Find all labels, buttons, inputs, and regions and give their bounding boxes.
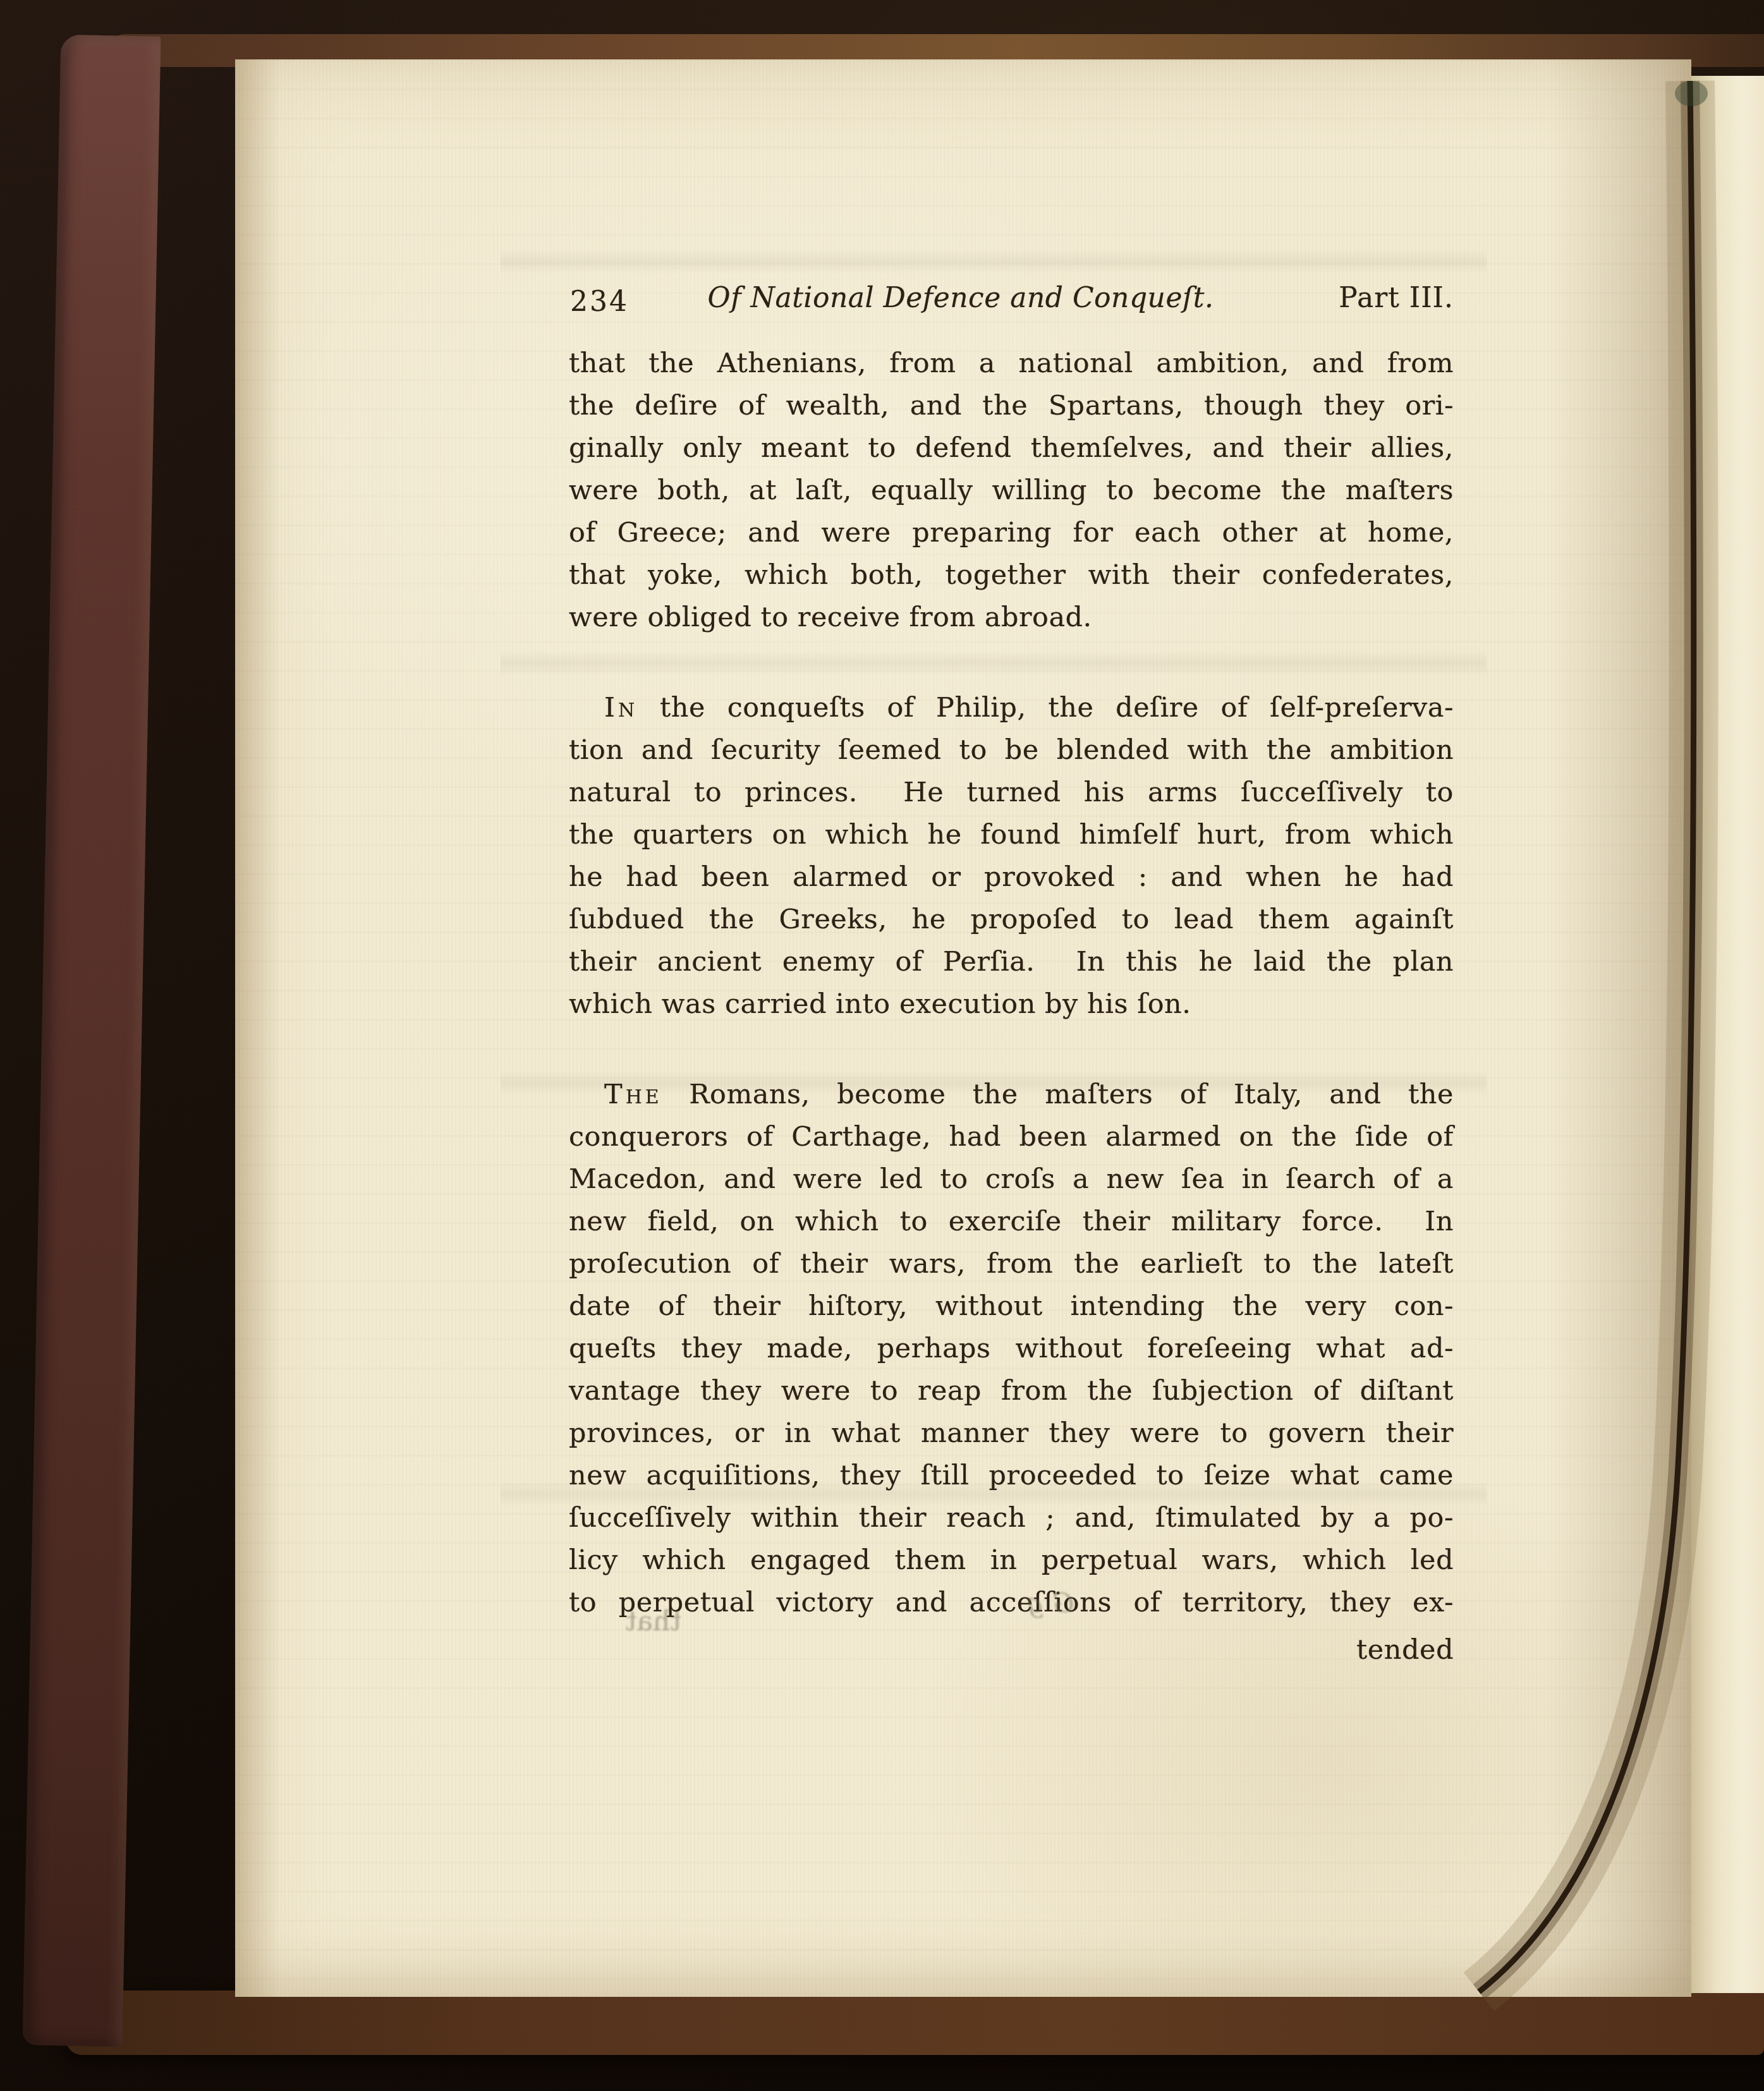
text-body: that the Athenians, from a national ambi…: [569, 342, 1454, 1671]
facing-page-sliver: [1691, 76, 1764, 1993]
text-line: vantage they were to reap from the ſubje…: [569, 1370, 1454, 1412]
text-line: natural to princes. He turned his arms ſ…: [569, 772, 1454, 814]
text-line: tion and ſecurity ſeemed to be blended w…: [569, 729, 1454, 772]
paragraph-lead-word: The: [604, 1079, 662, 1110]
text-line: to perpetual victory and acceſſions of t…: [569, 1582, 1454, 1624]
text-line: The Romans, become the maſters of Italy,…: [569, 1074, 1454, 1116]
show-through-signature-mark: G g: [1026, 1587, 1074, 1619]
text-line: which was carried into execution by his …: [569, 983, 1454, 1026]
text-line: the quarters on which he found himſelf h…: [569, 814, 1454, 856]
page-gutter-shading: [1546, 59, 1691, 1997]
text-line: queſts they made, perhaps without foreſe…: [569, 1328, 1454, 1370]
text-line: licy which engaged them in perpetual war…: [569, 1539, 1454, 1582]
text-line: ſubdued the Greeks, he propoſed to lead …: [569, 899, 1454, 941]
text-line: date of their hiſtory, without intending…: [569, 1285, 1454, 1328]
text-line: of Greece; and were preparing for each o…: [569, 512, 1454, 554]
running-title: Of National Defence and Conqueſt.: [518, 282, 1403, 314]
leather-cover-bottom-edge: [66, 1991, 1764, 2055]
paragraph: In the conqueſts of Philip, the deſire o…: [569, 687, 1454, 1026]
text-line: provinces, or in what manner they were t…: [569, 1412, 1454, 1455]
book-page: 234 Of National Defence and Conqueſt. Pa…: [235, 59, 1691, 1997]
show-through-word: that: [626, 1606, 681, 1637]
catchword: tended: [569, 1629, 1454, 1671]
book-photo: 234 Of National Defence and Conqueſt. Pa…: [0, 0, 1764, 2091]
text-line: were both, at laſt, equally willing to b…: [569, 470, 1454, 512]
text-line: the deſire of wealth, and the Spartans, …: [569, 385, 1454, 427]
paragraph: The Romans, become the maſters of Italy,…: [569, 1074, 1454, 1624]
page-header: 234 Of National Defence and Conqueſt. Pa…: [569, 282, 1454, 320]
text-line: Macedon, and were led to croſs a new ſea…: [569, 1158, 1454, 1201]
text-line: that yoke, which both, together with the…: [569, 554, 1454, 597]
text-line: their ancient enemy of Perſia. In this h…: [569, 941, 1454, 983]
text-line: proſecution of their wars, from the earl…: [569, 1243, 1454, 1285]
text-line: were obliged to receive from abroad.: [569, 597, 1454, 639]
text-line: conquerors of Carthage, had been alarmed…: [569, 1116, 1454, 1158]
text-line: that the Athenians, from a national ambi…: [569, 342, 1454, 385]
book-cover-left: [22, 35, 161, 2047]
text-line: In the conqueſts of Philip, the deſire o…: [569, 687, 1454, 729]
paragraph: that the Athenians, from a national ambi…: [569, 342, 1454, 639]
text-line: ginally only meant to defend themſelves,…: [569, 427, 1454, 470]
text-line: he had been alarmed or provoked : and wh…: [569, 856, 1454, 899]
text-line: new field, on which to exerciſe their mi…: [569, 1201, 1454, 1243]
text-line: ſucceſſively within their reach ; and, ſ…: [569, 1497, 1454, 1539]
part-label: Part III.: [1339, 282, 1454, 314]
page-left-shading: [235, 59, 279, 1997]
paragraph-lead-word: In: [604, 692, 638, 724]
show-through-band: [501, 249, 1487, 274]
text-line: new acquiſitions, they ſtill proceeded t…: [569, 1455, 1454, 1497]
